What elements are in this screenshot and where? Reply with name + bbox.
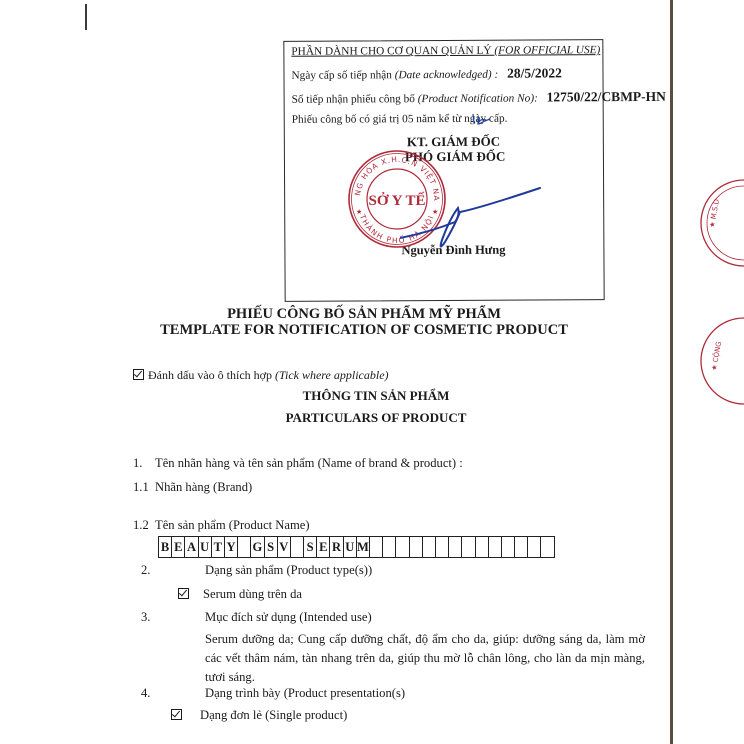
svg-text:★ CỘNG: ★ CỘNG	[709, 341, 723, 372]
notification-number-value: 12750/22/CBMP-HN	[547, 89, 666, 105]
svg-text:★ M.S.D: ★ M.S.D	[708, 199, 721, 229]
scan-mark	[85, 4, 87, 30]
product-name-letter-box	[370, 537, 383, 557]
presentation-option: Dạng đơn lẻ (Single product)	[171, 708, 347, 723]
product-name-letter-box	[489, 537, 502, 557]
section-title-en: PARTICULARS OF PRODUCT	[56, 410, 696, 426]
product-name-letter-box	[410, 537, 423, 557]
checkbox-checked-icon	[171, 709, 182, 720]
product-type-option: Serum dùng trên da	[178, 587, 302, 602]
product-name-letter-box: S	[304, 537, 317, 557]
product-name-boxes: BEAUTYGSVSERUM	[158, 536, 555, 558]
edge-stamp-upper-icon: ★ M.S.D	[686, 178, 744, 268]
product-name-letter-box	[436, 537, 449, 557]
notification-number-row: Số tiếp nhận phiếu công bố (Product Noti…	[292, 89, 666, 107]
date-acknowledged-value: 28/5/2022	[507, 65, 562, 80]
item-1: 1.Tên nhãn hàng và tên sản phẩm (Name of…	[133, 456, 463, 471]
product-name-letter-box	[449, 537, 462, 557]
product-name-letter-box: E	[172, 537, 185, 557]
initials-check-icon	[476, 112, 492, 126]
section-title-vn: THÔNG TIN SẢN PHẨM	[56, 388, 696, 404]
product-name-letter-box: G	[251, 537, 264, 557]
product-name-letter-box	[528, 537, 541, 557]
item-2-product-type: 2.Dạng sản phẩm (Product type(s))	[141, 563, 372, 578]
product-name-letter-box: E	[317, 537, 330, 557]
item-3-intended-use: 3.Mục đích sử dụng (Intended use)	[141, 610, 372, 625]
product-name-letter-box: B	[159, 537, 172, 557]
product-name-letter-box	[541, 537, 554, 557]
product-name-letter-box	[396, 537, 409, 557]
date-acknowledged-row: Ngày cấp số tiếp nhận (Date acknowledged…	[291, 65, 561, 82]
product-name-letter-box	[238, 537, 251, 557]
product-name-letter-box: T	[212, 537, 225, 557]
product-name-letter-box: R	[330, 537, 343, 557]
item-4-presentation: 4.Dạng trình bày (Product presentation(s…	[141, 686, 405, 701]
product-name-letter-box	[383, 537, 396, 557]
product-name-letter-box: Y	[225, 537, 238, 557]
checkbox-checked-icon	[178, 588, 189, 599]
product-name-letter-box	[423, 537, 436, 557]
checkbox-checked-icon	[133, 369, 144, 380]
product-name-letter-box	[291, 537, 304, 557]
svg-text:★: ★	[356, 208, 362, 216]
product-name-letter-box: U	[344, 537, 357, 557]
document-title-en: TEMPLATE FOR NOTIFICATION OF COSMETIC PR…	[44, 322, 684, 339]
item-1-1-brand: 1.1Nhãn hàng (Brand)	[133, 480, 252, 495]
product-name-letter-box: U	[199, 537, 212, 557]
product-name-letter-box	[476, 537, 489, 557]
product-name-letter-box: V	[278, 537, 291, 557]
product-name-letter-box: S	[265, 537, 278, 557]
product-name-letter-box	[515, 537, 528, 557]
product-name-letter-box	[462, 537, 475, 557]
product-name-letter-box: A	[185, 537, 198, 557]
product-name-letter-box	[502, 537, 515, 557]
product-name-letter-box: M	[357, 537, 370, 557]
intended-use-text: Serum dưỡng da; Cung cấp dưỡng chất, độ …	[205, 630, 645, 687]
official-use-title: PHẦN DÀNH CHO CƠ QUAN QUẢN LÝ (FOR OFFIC…	[291, 44, 600, 58]
document-title-vn: PHIẾU CÔNG BỐ SẢN PHẨM MỸ PHẨM	[44, 306, 684, 323]
item-1-2-product-name: 1.2Tên sản phẩm (Product Name)	[133, 518, 310, 533]
tick-instruction: Đánh dấu vào ô thích hợp (Tick where app…	[133, 368, 389, 383]
signature-icon	[400, 170, 550, 260]
